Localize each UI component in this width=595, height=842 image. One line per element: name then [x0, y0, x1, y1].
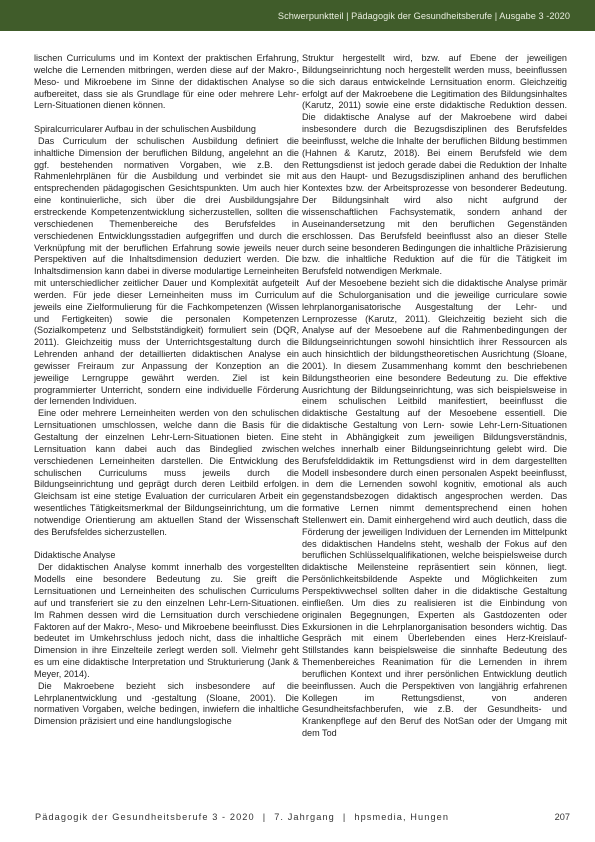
paragraph: Die Makroebene bezieht sich insbesondere…: [34, 681, 299, 728]
running-header-bar: Schwerpunktteil | Pädagogik der Gesundhe…: [0, 0, 595, 31]
page-number: 207: [555, 812, 570, 822]
footer-publisher: hpsmedia, Hungen: [354, 812, 449, 822]
footer-separator: |: [335, 812, 355, 822]
running-title: Schwerpunktteil | Pädagogik der Gesundhe…: [278, 11, 570, 21]
section-heading-spiralcurricular: Spiralcurricularer Aufbau in der schulis…: [34, 124, 299, 136]
right-column: Struktur hergestellt wird, bzw. auf Eben…: [302, 53, 567, 740]
footer-volume: 7. Jahrgang: [274, 812, 335, 822]
left-column: lischen Curriculums und im Kontext der p…: [34, 53, 299, 728]
paragraph: lischen Curriculums und im Kontext der p…: [34, 53, 299, 112]
paragraph: Der didaktischen Analyse kommt innerhalb…: [34, 562, 299, 680]
paragraph: Struktur hergestellt wird, bzw. auf Eben…: [302, 53, 567, 278]
paragraph: Das Curriculum der schulischen Ausbildun…: [34, 136, 299, 408]
page-footer: Pädagogik der Gesundheitsberufe 3 - 2020…: [35, 812, 570, 822]
section-heading-didaktische-analyse: Didaktische Analyse: [34, 550, 299, 562]
footer-journal: Pädagogik der Gesundheitsberufe 3 - 2020: [35, 812, 255, 822]
footer-separator: |: [255, 812, 275, 822]
paragraph: Eine oder mehrere Lerneinheiten werden v…: [34, 408, 299, 538]
paragraph: Auf der Mesoebene bezieht sich die didak…: [302, 278, 567, 740]
